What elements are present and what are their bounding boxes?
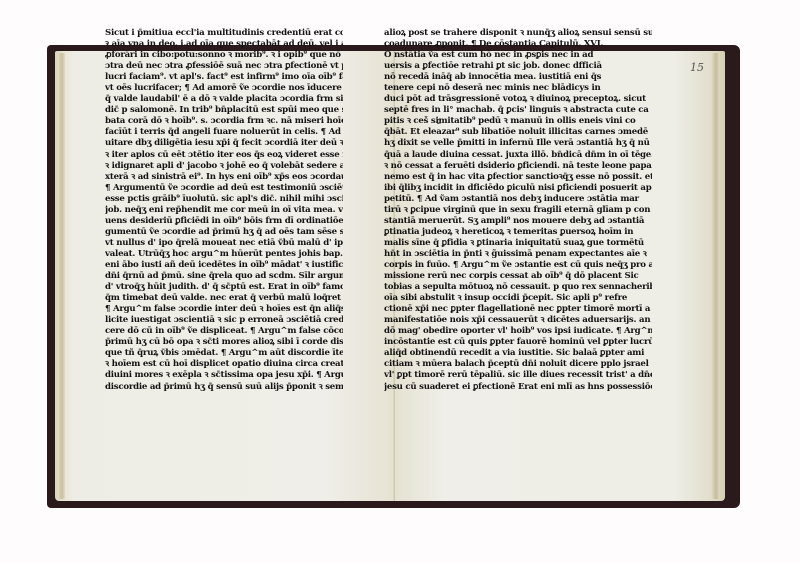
text-line: job. neq̄ʒ eni rep̄hendit me cor meū in … [105,205,343,216]
text-line: pitis ꝛ ceš simitatib⁹ pedū ꝛ manuū in o… [384,116,652,127]
text-line: ꝛ iter aplos cū eēt ɔtētio iter eos q̄s … [105,150,343,161]
text-line: facīūt i terris q̄d angeli fuare noluerū… [105,127,343,138]
text-line: esse pctis grāib⁹ īuolutū. sic apl's dic… [105,194,343,205]
text-line: ꝛ idignaret̄ apli d' jacobo ꝛ johē eo q̄… [105,161,343,172]
text-line: ꝑtinatia judeoꝝ ꝛ hereticoꝝ ꝛ temeritas … [384,227,652,238]
text-line: ibi q̄libʒ incidit in dficiēdo ꝑiculū ni… [384,183,652,194]
text-line: jesu cū suaderet ei ꝑfectionē Erat eni m… [384,382,652,393]
text-line: cere dō cū in oīb⁹ ṽe displiceat. ¶ Argu… [105,326,343,337]
text-line: ꝓforāri in cibo:potu:sonno ꝛ morib⁹. ꝛ i… [105,50,343,61]
text-line: eni ābo iusti añ deū icedētes in oīb⁹ mā… [105,260,343,271]
text-line: tenere cepi nō deserā nec minis nec blād… [384,83,652,94]
margin-note: c [436,117,441,127]
right-page-text: alioꝝ post se trahere disponit ꝛ nunq̄ʒ … [384,28,652,393]
text-line: manifestatiōe nois xp̄i cessauerūt ꝛ dic… [384,315,652,326]
text-line: malis sīne q̄ ꝑfidia ꝛ ꝑtinaria iniquita… [384,238,652,249]
text-line: dō mag' obedire oporter vl' hoib⁹ vos ip… [384,326,652,337]
text-line: septē fres in li° machab. q̄ ꝑcis' lingu… [384,105,652,116]
text-line: nemo est q̄ in hac vita ꝑfectior sanctio… [384,172,652,183]
text-line: q̄ valde laudabil' ē a dō ꝛ valde placit… [105,94,343,105]
text-line: petitū. ¶ Ad ṽam ɔstantiā nos debʒ induc… [384,194,652,205]
folio-number: 15 [690,61,704,74]
text-line: coadunare ꝓponit. ¶ De cōstantia Capitul… [384,39,652,50]
text-line: vt nullus d' ipo q̄relā moueat nec etiā … [105,238,343,249]
text-line: q̄bāt. Et eleazar⁹ sub libatiōe noluit i… [384,127,652,138]
text-line: p̄rimū hʒ cū bō opa ꝛ sc̄ti mores alioꝝ … [105,337,343,348]
text-line: incōstantie est cū quis ꝑpter fauorē hom… [384,337,652,348]
text-line: ctionē xp̄i nec ꝑpter flagellationē nec … [384,304,652,315]
text-line: valeat. Utrūq̄ʒ hoc argu^m hūerūt pentes… [105,249,343,260]
text-line: ꝛ aīa vna in deo. i.ad oīa que spectabāt… [105,39,343,50]
text-line: xterā ꝛ ad sinistrā ei⁹. In hys eni oīb⁹… [105,172,343,183]
text-line: missione rerū nec corpis cessat ab oīb⁹ … [384,271,652,282]
text-line: Sicut i p̄mitiua eccl'ia multitudinis cr… [105,28,343,39]
text-line: diuini mores ꝛ exēpla ꝛ sc̄tissima opa j… [105,370,343,381]
text-line: que tñ q̄ruꝝ v̄bis ɔmēdat. ¶ Argu^m aūt … [105,348,343,359]
text-line: d' vtroq̄ʒ hūit judith. d' q̄ sc̄ptū est… [105,282,343,293]
text-line: corpis in fuūo. ¶ Argu^m ṽe ɔstantie est… [384,260,652,271]
text-line: discordie ad p̄rimū hʒ q̄ sensū suū alij… [105,382,343,393]
text-line: uitare dbʒ diligētia iesu xp̄i q̄ fecit … [105,138,343,149]
text-line: nō recedā ināq̄ ab innocētia mea. iustit… [384,72,652,83]
left-page-text: Sicut i p̄mitiua eccl'ia multitudinis cr… [105,28,343,393]
text-line: vt oēs lucrifacer; ¶ Ad amorē ṽe ɔcordie… [105,83,343,94]
text-line: uens desideriū ꝑficiēdi in oīb⁹ bōis frm… [105,216,343,227]
text-line: alioꝝ post se trahere disponit ꝛ nunq̄ʒ … [384,28,652,39]
text-line: q̄m timebat deū valde. nec erat q̄ verbū… [105,293,343,304]
text-line: oīa sibi abstulit ꝛ insup occidi p̄cepit… [384,293,652,304]
text-line: hʒ dixit se velle p̄mitti in infernū Ill… [384,138,652,149]
text-line: ¶ Argumentū ṽe ɔcordie ad deū est testim… [105,183,343,194]
text-line: ꝛ hoīem est cū hoī displicet opatio diui… [105,359,343,370]
text-line: ꝛ nō cessat a feruēti dsiderio ꝑficiendi… [384,161,652,172]
text-line: ɔtra deū nec ɔtra ꝓfessiōē suā nec ɔtra … [105,61,343,72]
text-line: uersis a ꝑfectiōe retrahi ꝑt sic job. do… [384,61,652,72]
text-line: stantiā meruerūt. Sʒ ampli⁹ nos mouere d… [384,216,652,227]
text-line: q̄uā a laude diuina cessat. juxta illō. … [384,150,652,161]
right-page-edges [712,53,720,499]
text-line: dn̄i q̄rnū ad p̄mū. sine q̄rela quo ad s… [105,271,343,282]
text-line: hn̄t in ɔsciētia in p̄nti ꝛ g̃uissimā pe… [384,249,652,260]
text-line: O nstātia ṽa est cum hō nec in ꝓsꝑis nec… [384,50,652,61]
text-line: vl' ꝑpt timorē rerū tēpaliū. sic ille di… [384,370,652,381]
text-line: tirū ꝛ ꝑcipue virginū que in sexu fragil… [384,205,652,216]
text-line: ¶ Argu^m false ɔcordie inter deū ꝛ hoīes… [105,304,343,315]
text-line: tobias a sepulta mōtuoꝝ nō cessauit. p q… [384,282,652,293]
text-line: gumentū ṽe ɔcordie ad p̄rimū hʒ q̄ ad oē… [105,227,343,238]
text-line: citiam ꝛ mūera balach p̄ceptū dn̄i nolui… [384,359,652,370]
text-line: duci pōt ad trāsgressionē votoꝝ ꝛ diuino… [384,94,652,105]
text-line: lucri faciam⁹. vt apl's. fact⁹ est infir… [105,72,343,83]
text-line: bata corā dō ꝛ hoīb⁹. s. ɔcordia frm ꝛc.… [105,116,343,127]
text-line: licite iuestigat ɔscientiā ꝛ sic p erron… [105,315,343,326]
text-line: aliq̄d obtinendū recedit a via iustitie.… [384,348,652,359]
left-page-edges [59,53,65,499]
text-line: dic̄ p salomonē. In trib⁹ bn̄placitū est… [105,105,343,116]
